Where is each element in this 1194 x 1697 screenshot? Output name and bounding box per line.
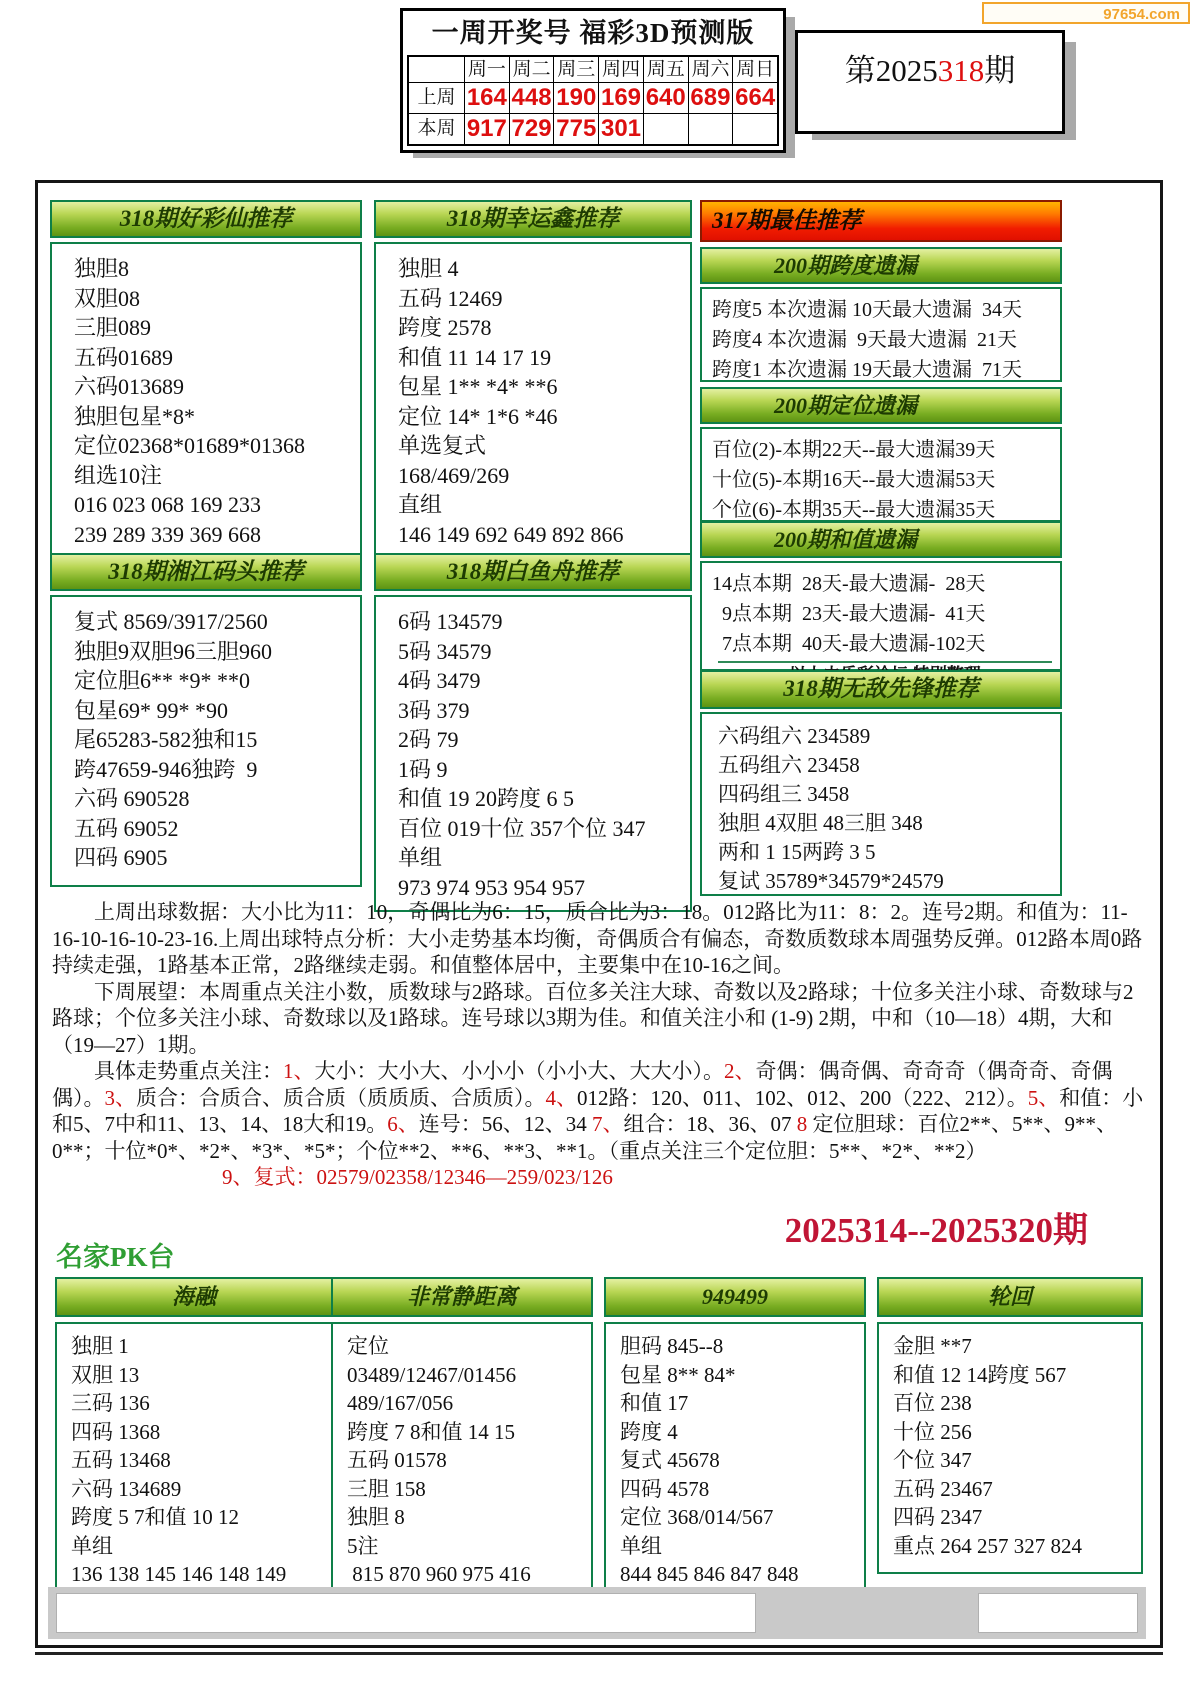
panel-line: 定位 14* 1*6 *46: [398, 402, 686, 432]
day-header-cell: 周六: [689, 57, 734, 82]
panel-baiyuzhou: 318期白鱼舟推荐 6码 1345795码 345794码 34793码 379…: [374, 553, 692, 912]
omission-line: 百位(2)-本期22天--最大遗漏39天: [712, 435, 1058, 465]
analysis-segment: 大小：大小大、小小小（小小大、大大小）。: [315, 1059, 725, 1083]
omission-line: 9点本期 23天-最大遗漏- 41天: [712, 599, 1058, 629]
dingwei-omission-body: 百位(2)-本期22天--最大遗漏39天十位(5)-本期16天--最大遗漏53天…: [700, 427, 1062, 522]
pk-section-title: 名家PK台: [56, 1235, 175, 1274]
panel-line: 五码 01578: [347, 1446, 589, 1475]
panel-line: 四码 2347: [893, 1503, 1139, 1532]
analysis-segment: 6、: [387, 1112, 419, 1136]
draw-number-cell: [644, 114, 689, 144]
day-header-cell: 周五: [644, 57, 689, 82]
panel-header: 318期幸运鑫推荐: [374, 200, 692, 238]
panel-line: 胆码 845--8: [620, 1332, 862, 1361]
panel-line: 四码 4578: [620, 1475, 862, 1504]
panel-line: 直组: [398, 490, 686, 520]
panel-line: 百位 019十位 357个位 347: [398, 814, 686, 844]
issue-prefix: 第: [845, 53, 876, 88]
main-content-box: 318期好彩仙推荐 独胆8双胆08三胆089五码01689六码013689独胆包…: [35, 180, 1163, 1648]
panel-line: 四码 1368: [71, 1418, 329, 1447]
table-grid: 周一周二周三周四周五周六周日 上周 164448190169640689664 …: [407, 55, 779, 146]
panel-line: 单组: [398, 843, 686, 873]
day-header-cell: 周四: [599, 57, 644, 82]
panel-line: 定位 368/014/567: [620, 1503, 862, 1532]
table-row: 上周 164448190169640689664: [409, 82, 777, 113]
bottom-border-line: [35, 1652, 1163, 1655]
wudi-panel-body: 六码组六 234589五码组六 23458四码组三 3458独胆 4双胆 48三…: [700, 712, 1062, 896]
draw-number-cell: 664: [733, 83, 777, 113]
panel-line: 五码 13468: [71, 1446, 329, 1475]
panel-line: 组选10注: [74, 461, 356, 491]
issue-suffix: 期: [984, 53, 1015, 88]
panel-xingyunxin: 318期幸运鑫推荐 独胆 4五码 12469跨度 2578和值 11 14 17…: [374, 200, 692, 559]
panel-line: 5注: [347, 1532, 589, 1561]
draw-number-cell: 689: [689, 83, 734, 113]
panel-line: 定位胆6** *9* **0: [74, 666, 356, 696]
panel-line: 复试 35789*34579*24579: [718, 867, 1058, 896]
draw-number-cell: 301: [599, 114, 644, 144]
panel-line: 独胆8: [74, 254, 356, 284]
panel-line: 和值 19 20跨度 6 5: [398, 784, 686, 814]
corner-cell: [409, 57, 465, 82]
scrollbar-thumb[interactable]: [56, 1593, 756, 1633]
analysis-segment: 质合：合质合、质合质（质质质、合质质）。: [136, 1086, 546, 1110]
panel-line: 三码 136: [71, 1389, 329, 1418]
panel-line: 十位 256: [893, 1418, 1139, 1447]
draw-number-cell: 164: [465, 83, 510, 113]
site-badge: 97654.com: [982, 2, 1190, 24]
panel-line: 跨47659-946独跨 9: [74, 755, 356, 785]
panel-line: 五码 12469: [398, 284, 686, 314]
draw-number-cell: 917: [465, 114, 510, 144]
draw-number-cell: [733, 114, 777, 144]
draw-number-cell: 729: [510, 114, 555, 144]
panel-line: 两和 1 15两跨 3 5: [718, 838, 1058, 867]
panel-line: 定位02368*01689*01368: [74, 431, 356, 461]
panel-line: 三胆 158: [347, 1475, 589, 1504]
panel-line: 六码013689: [74, 372, 356, 402]
panel-line: 五码组六 23458: [718, 751, 1058, 780]
draw-number-cell: 775: [554, 114, 599, 144]
panel-line: 尾65283-582独和15: [74, 725, 356, 755]
panel-line: 和值 12 14跨度 567: [893, 1361, 1139, 1390]
panel-haocaixian: 318期好彩仙推荐 独胆8双胆08三胆089五码01689六码013689独胆包…: [50, 200, 362, 559]
panel-line: 跨度 5 7和值 10 12: [71, 1503, 329, 1532]
issue-number-box: 第2025318期: [795, 30, 1065, 134]
analysis-segment: 连号：56、12、34: [419, 1112, 592, 1136]
panel-line: 跨度 2578: [398, 313, 686, 343]
scrollbar-thumb[interactable]: [978, 1593, 1138, 1633]
pk-panel-header: 海融: [55, 1277, 333, 1317]
analysis-segment: 7、: [592, 1112, 624, 1136]
row-label: 本周: [409, 114, 465, 144]
panel-line: 6码 134579: [398, 607, 686, 637]
analysis-segment: 2、: [724, 1059, 756, 1083]
issue-number: 318: [938, 53, 985, 88]
day-header-cell: 周二: [510, 57, 555, 82]
analysis-paragraph-1: 上周出球数据：大小比为11：10，奇偶比为6：15，质合比为3：18。012路比…: [52, 899, 1148, 979]
panel-line: 独胆 4: [398, 254, 686, 284]
best-317-header: 317期最佳推荐: [700, 200, 1062, 242]
panel-line: 四码组三 3458: [718, 780, 1058, 809]
analysis-paragraph-3: 具体走势重点关注：1、大小：大小大、小小小（小小大、大大小）。2、奇偶：偶奇偶、…: [52, 1058, 1148, 1164]
analysis-paragraph-2: 下周展望：本周重点关注小数，质数球与2路球。百位多关注大球、奇数以及2路球；十位…: [52, 979, 1148, 1059]
omission-line: 十位(5)-本期16天--最大遗漏53天: [712, 465, 1058, 495]
panel-line: 和值 11 14 17 19: [398, 343, 686, 373]
kuadu-omission-header: 200期跨度遗漏: [700, 247, 1062, 284]
panel-line: 973 974 953 954 957: [398, 873, 686, 903]
panel-line: 2码 79: [398, 725, 686, 755]
panel-line: 百位 238: [893, 1389, 1139, 1418]
analysis-paragraph-4: 9、复式：02579/02358/12346—259/023/126: [52, 1164, 1148, 1191]
analysis-segment: 具体走势重点关注：: [94, 1059, 283, 1083]
analysis-segment: 组合：18、36、07: [623, 1112, 796, 1136]
panel-line: 03489/12467/01456: [347, 1361, 589, 1390]
draw-number-cell: 169: [599, 83, 644, 113]
panel-line: 五码 23467: [893, 1475, 1139, 1504]
panel-line: 独胆9双胆96三胆960: [74, 637, 356, 667]
panel-line: 单选复式: [398, 431, 686, 461]
analysis-segment: 5、: [1028, 1086, 1060, 1110]
panel-line: 五码01689: [74, 343, 356, 373]
issue-year: 2025: [876, 53, 938, 88]
draw-number-cell: [689, 114, 734, 144]
panel-line: 六码组六 234589: [718, 722, 1058, 751]
row-label: 上周: [409, 83, 465, 113]
panel-line: 独胆 4双胆 48三胆 348: [718, 809, 1058, 838]
panel-line: 146 149 692 649 892 866: [398, 520, 686, 550]
panel-line: 单组: [71, 1532, 329, 1561]
panel-line: 包星 1** *4* **6: [398, 372, 686, 402]
panel-line: 独胆 1: [71, 1332, 329, 1361]
panel-line: 独胆包星*8*: [74, 402, 356, 432]
pk-panel-lunhui: 轮回 金胆 **7和值 12 14跨度 567百位 238十位 256个位 34…: [877, 1277, 1143, 1574]
hezhi-omission-header: 200期和值遗漏: [700, 521, 1062, 558]
hezhi-omission-body: 14点本期 28天-最大遗漏- 28天 9点本期 23天-最大遗漏- 41天 7…: [700, 561, 1062, 671]
panel-line: 和值 17: [620, 1389, 862, 1418]
panel-line: 5码 34579: [398, 637, 686, 667]
period-range: 2025314--2025320期: [658, 1203, 1088, 1253]
panel-line: 双胆08: [74, 284, 356, 314]
panel-xiangjiang: 318期湘江码头推荐 复式 8569/3917/2560独胆9双胆96三胆960…: [50, 553, 362, 887]
panel-line: 四码 6905: [74, 843, 356, 873]
panel-line: 包星69* 99* *90: [74, 696, 356, 726]
panel-line: 金胆 **7: [893, 1332, 1139, 1361]
analysis-segment: 8: [797, 1112, 813, 1136]
omission-line: 14点本期 28天-最大遗漏- 28天: [712, 569, 1058, 599]
pk-panel-header: 949499: [604, 1277, 866, 1317]
panel-line: 六码 690528: [74, 784, 356, 814]
panel-header: 318期好彩仙推荐: [50, 200, 362, 238]
panel-line: 三胆089: [74, 313, 356, 343]
panel-line: 六码 134689: [71, 1475, 329, 1504]
day-header-cell: 周日: [733, 57, 777, 82]
panel-line: 复式 8569/3917/2560: [74, 607, 356, 637]
panel-line: 136 138 145 146 148 149: [71, 1560, 329, 1589]
horizontal-scrollbar[interactable]: [48, 1587, 1146, 1639]
panel-line: 3码 379: [398, 696, 686, 726]
table-title: 一周开奖号 福彩3D预测版: [403, 11, 783, 55]
draw-number-cell: 448: [510, 83, 555, 113]
table-header-row: 周一周二周三周四周五周六周日: [409, 57, 777, 82]
analysis-segment: 1、: [283, 1059, 315, 1083]
panel-line: 独胆 8: [347, 1503, 589, 1532]
panel-line: 双胆 13: [71, 1361, 329, 1390]
panel-line: 包星 8** 84*: [620, 1361, 862, 1390]
panel-line: 单组: [620, 1532, 862, 1561]
day-header-cell: 周一: [465, 57, 510, 82]
table-row: 本周 917729775301: [409, 113, 777, 144]
panel-line: 844 845 846 847 848: [620, 1560, 862, 1589]
analysis-segment: 3、: [105, 1086, 137, 1110]
panel-header: 318期白鱼舟推荐: [374, 553, 692, 591]
analysis-segment: 4、: [546, 1086, 578, 1110]
pk-panel-949499: 949499 胆码 845--8包星 8** 84*和值 17跨度 4复式 45…: [604, 1277, 866, 1595]
omission-line: 跨度5 本次遗漏 10天最大遗漏 34天: [712, 295, 1058, 325]
omission-line: 跨度4 本次遗漏 9天最大遗漏 21天: [712, 325, 1058, 355]
panel-line: 1码 9: [398, 755, 686, 785]
dingwei-omission-header: 200期定位遗漏: [700, 387, 1062, 424]
draw-number-cell: 640: [644, 83, 689, 113]
panel-line: 跨度 7 8和值 14 15: [347, 1418, 589, 1447]
analysis-segment: 012路：120、011、102、012、200（222、212）。: [577, 1086, 1028, 1110]
panel-line: 跨度 4: [620, 1418, 862, 1447]
pk-panel-header: 轮回: [877, 1277, 1143, 1317]
panel-line: 239 289 339 369 668: [74, 520, 356, 550]
panel-line: 复式 45678: [620, 1446, 862, 1475]
panel-line: 168/469/269: [398, 461, 686, 491]
panel-line: 定位: [347, 1332, 589, 1361]
wudi-panel-header: 318期无敌先锋推荐: [700, 670, 1062, 709]
panel-line: 4码 3479: [398, 666, 686, 696]
panel-line: 489/167/056: [347, 1389, 589, 1418]
panel-line: 016 023 068 169 233: [74, 490, 356, 520]
pk-panel-hairong: 海融 独胆 1双胆 13三码 136四码 1368五码 13468六码 1346…: [55, 1277, 333, 1595]
draw-number-cell: 190: [554, 83, 599, 113]
panel-line: 个位 347: [893, 1446, 1139, 1475]
day-header-cell: 周三: [554, 57, 599, 82]
panel-line: 五码 69052: [74, 814, 356, 844]
omission-line: 跨度1 本次遗漏 19天最大遗漏 71天: [712, 355, 1058, 385]
panel-header: 318期湘江码头推荐: [50, 553, 362, 591]
omission-line: 7点本期 40天-最大遗漏-102天: [712, 629, 1058, 659]
panel-line: 815 870 960 975 416: [347, 1560, 589, 1589]
pk-panel-header: 非常静距离: [331, 1277, 593, 1317]
kuadu-omission-body: 跨度5 本次遗漏 10天最大遗漏 34天跨度4 本次遗漏 9天最大遗漏 21天跨…: [700, 287, 1062, 382]
analysis-text: 上周出球数据：大小比为11：10，奇偶比为6：15，质合比为3：18。012路比…: [52, 899, 1148, 1191]
weekly-draw-table: 一周开奖号 福彩3D预测版 周一周二周三周四周五周六周日 上周 16444819…: [400, 8, 786, 153]
pk-panel-feichangjingjuli: 非常静距离 定位03489/12467/01456489/167/056跨度 7…: [331, 1277, 593, 1595]
panel-line: 重点 264 257 327 824: [893, 1532, 1139, 1561]
